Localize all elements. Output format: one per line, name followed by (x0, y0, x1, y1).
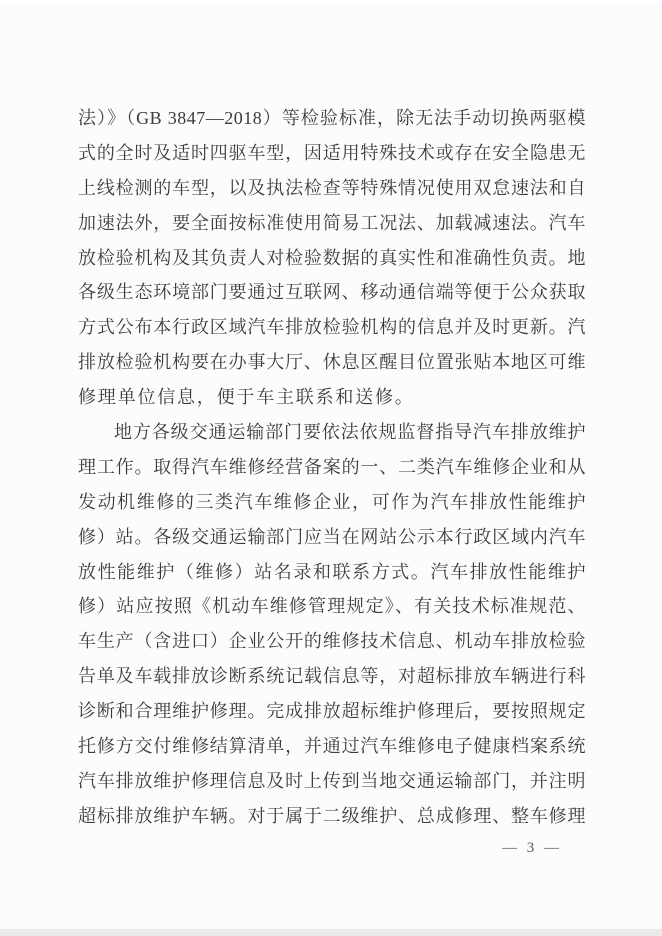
text-line: 汽车排放维护修理信息及时上传到当地交通运输部门，并注明是 (78, 764, 586, 799)
paragraph-1: 法）》（GB 3847—2018）等检验标准，除无法手动切换两驱模 式的全时及适… (78, 101, 586, 415)
text-line: 放性能维护（维修）站名录和联系方式。汽车排放性能维护（维 (78, 555, 586, 590)
scan-artifact-bottom (0, 929, 662, 936)
text-line: 修理单位信息，便于车主联系和送修。 (78, 380, 586, 415)
document-page: 法）》（GB 3847—2018）等检验标准，除无法手动切换两驱模 式的全时及适… (0, 0, 662, 936)
paragraph-2: 地方各级交通运输部门要依法依规监督指导汽车排放维护修 理工作。取得汽车维修经营备… (78, 415, 586, 834)
text-line: 法）》（GB 3847—2018）等检验标准，除无法手动切换两驱模 (78, 101, 586, 136)
text-line: 告单及车载排放诊断系统记载信息等，对超标排放车辆进行科学 (78, 659, 586, 694)
text-line: 加速法外，要全面按标准使用简易工况法、加载减速法。汽车排 (78, 206, 586, 241)
text-line: 修）站。各级交通运输部门应当在网站公示本行政区域内汽车排 (78, 520, 586, 555)
text-line: 理工作。取得汽车维修经营备案的一、二类汽车维修企业和从事 (78, 450, 586, 485)
document-body: 法）》（GB 3847—2018）等检验标准，除无法手动切换两驱模 式的全时及适… (78, 101, 586, 834)
text-line: 诊断和合理维护修理。完成排放超标维护修理后，要按照规定向 (78, 694, 586, 729)
text-line: 上线检测的车型，以及执法检查等特殊情况使用双怠速法和自由 (78, 171, 586, 206)
text-line: 地方各级交通运输部门要依法依规监督指导汽车排放维护修 (78, 415, 586, 450)
scan-artifact-top (0, 0, 662, 4)
page-number: — 3 — (502, 840, 562, 857)
text-line: 超标排放维护车辆。对于属于二级维护、总成修理、整车修理作 (78, 799, 586, 834)
text-line: 各级生态环境部门要通过互联网、移动通信端等便于公众获取的 (78, 275, 586, 310)
text-line: 车生产（含进口）企业公开的维修技术信息、机动车排放检验报 (78, 624, 586, 659)
text-line: 放检验机构及其负责人对检验数据的真实性和准确性负责。地方 (78, 241, 586, 276)
text-line: 修）站应按照《机动车维修管理规定》、有关技术标准规范、汽 (78, 589, 586, 624)
text-line: 式的全时及适时四驱车型，因适用特殊技术或存在安全隐患无法 (78, 136, 586, 171)
text-line: 排放检验机构要在办事大厅、休息区醒目位置张贴本地区可维护 (78, 345, 586, 380)
text-line: 托修方交付维修结算清单，并通过汽车维修电子健康档案系统将 (78, 729, 586, 764)
text-line: 方式公布本行政区域汽车排放检验机构的信息并及时更新。汽车 (78, 310, 586, 345)
text-line: 发动机维修的三类汽车维修企业，可作为汽车排放性能维护（维 (78, 485, 586, 520)
